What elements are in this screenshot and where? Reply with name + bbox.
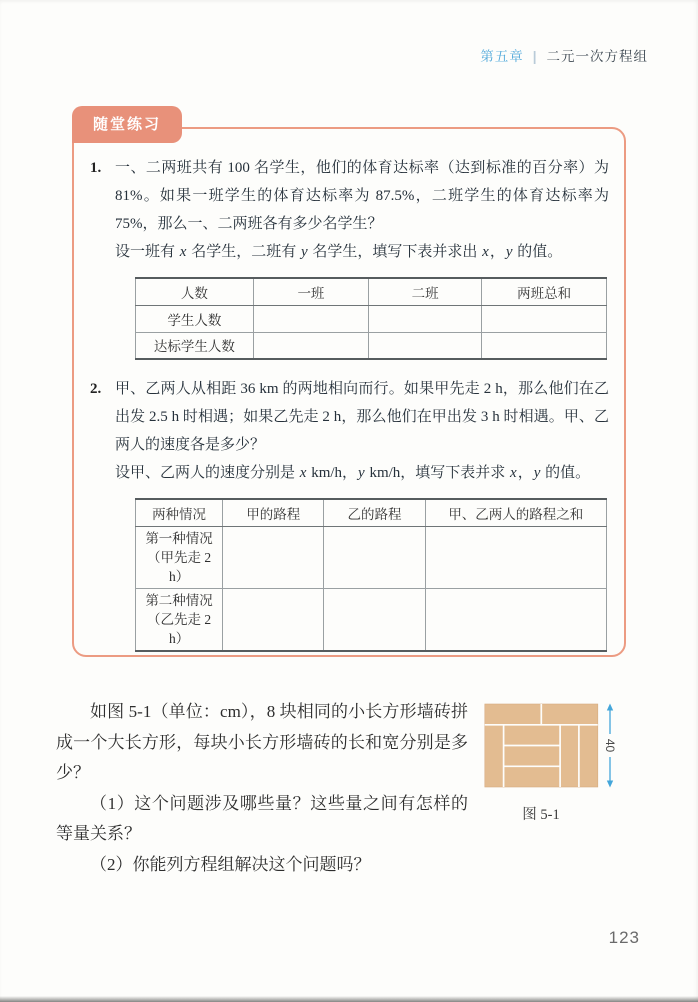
row-label: 达标学生人数 xyxy=(136,332,254,359)
table-header-cell: 一班 xyxy=(253,278,368,305)
case-sublabel: （甲先走 2 h） xyxy=(139,548,219,586)
section-title: 二元一次方程组 xyxy=(547,49,649,64)
problem-setup: 设甲、乙两人的速度分别是 x km/h，y km/h，填写下表并求 x，y 的值… xyxy=(115,459,609,487)
figure-caption: 图 5-1 xyxy=(484,800,598,831)
problem-body: 一、二两班共有 100 名学生，他们的体育达标率（达到标准的百分率）为 81%。… xyxy=(115,154,609,238)
dimension-label: 40 xyxy=(603,739,617,753)
blank-cell xyxy=(369,305,482,332)
table-header-cell: 甲、乙两人的路程之和 xyxy=(425,499,606,526)
blank-cell xyxy=(482,332,607,359)
table-header-row: 人数 一班 二班 两班总和 xyxy=(136,278,607,305)
header-separator: | xyxy=(533,49,538,64)
problem-text: 一、二两班共有 100 名学生，他们的体育达标率（达到标准的百分率）为 81%。… xyxy=(115,154,609,374)
row-label: 学生人数 xyxy=(136,305,254,332)
problem2-table: 两种情况 甲的路程 乙的路程 甲、乙两人的路程之和 第一种情况 （甲先走 2 h… xyxy=(135,498,607,652)
intro-section: 40 图 5-1 如图 5-1（单位：cm），8 块相同的小长方形墙砖拼成一个大… xyxy=(56,697,630,880)
practice-box-content: 1. 一、二两班共有 100 名学生，他们的体育达标率（达到标准的百分率）为 8… xyxy=(74,129,624,655)
table-header-cell: 乙的路程 xyxy=(324,499,425,526)
blank-cell xyxy=(253,305,368,332)
problem1-table: 人数 一班 二班 两班总和 学生人数 xyxy=(135,277,607,360)
blank-cell xyxy=(324,588,425,651)
blank-cell xyxy=(223,526,324,588)
practice-badge: 随堂练习 xyxy=(72,106,182,143)
case-label: 第二种情况 xyxy=(139,591,219,610)
brick-diagram: 40 xyxy=(484,703,630,790)
question-2: （2）你能列方程组解决这个问题吗？ xyxy=(56,850,630,881)
blank-cell xyxy=(369,332,482,359)
table-row: 第一种情况 （甲先走 2 h） xyxy=(136,526,607,588)
problem-setup: 设一班有 x 名学生，二班有 y 名学生，填写下表并求出 x，y 的值。 xyxy=(115,238,609,266)
blank-cell xyxy=(253,332,368,359)
page-number: 123 xyxy=(609,928,640,948)
problem-body: 甲、乙两人从相距 36 km 的两地相向而行。如果甲先走 2 h，那么他们在乙出… xyxy=(115,375,609,459)
chapter-label: 第五章 xyxy=(480,49,524,64)
running-head: 第五章|二元一次方程组 xyxy=(480,45,648,65)
row-label: 第一种情况 （甲先走 2 h） xyxy=(136,526,223,588)
page-bottom-edge xyxy=(0,996,698,1002)
problem-text: 甲、乙两人从相距 36 km 的两地相向而行。如果甲先走 2 h，那么他们在乙出… xyxy=(115,375,609,655)
table-header-cell: 二班 xyxy=(369,278,482,305)
table-header-cell: 人数 xyxy=(136,278,254,305)
table-row: 第二种情况 （乙先走 2 h） xyxy=(136,588,607,651)
table-row: 学生人数 xyxy=(136,305,607,332)
case-label: 第一种情况 xyxy=(139,529,219,548)
dimension-arrow-icon: 40 xyxy=(603,704,617,788)
table-header-cell: 两班总和 xyxy=(482,278,607,305)
blank-cell xyxy=(425,526,606,588)
problem-number: 2. xyxy=(90,375,115,655)
case-sublabel: （乙先走 2 h） xyxy=(139,610,219,648)
problem-1: 1. 一、二两班共有 100 名学生，他们的体育达标率（达到标准的百分率）为 8… xyxy=(90,154,609,374)
problem-2: 2. 甲、乙两人从相距 36 km 的两地相向而行。如果甲先走 2 h，那么他们… xyxy=(90,375,609,655)
table-header-cell: 两种情况 xyxy=(136,499,223,526)
table-row: 达标学生人数 xyxy=(136,332,607,359)
table-header-cell: 甲的路程 xyxy=(223,499,324,526)
blank-cell xyxy=(223,588,324,651)
blank-cell xyxy=(324,526,425,588)
figure-5-1: 40 图 5-1 xyxy=(484,703,630,831)
blank-cell xyxy=(425,588,606,651)
practice-box: 随堂练习 1. 一、二两班共有 100 名学生，他们的体育达标率（达到标准的百分… xyxy=(72,127,626,657)
problem-number: 1. xyxy=(90,154,115,374)
textbook-page: 第五章|二元一次方程组 随堂练习 1. 一、二两班共有 100 名学生，他们的体… xyxy=(0,0,698,1002)
table-header-row: 两种情况 甲的路程 乙的路程 甲、乙两人的路程之和 xyxy=(136,499,607,526)
blank-cell xyxy=(482,305,607,332)
row-label: 第二种情况 （乙先走 2 h） xyxy=(136,588,223,651)
